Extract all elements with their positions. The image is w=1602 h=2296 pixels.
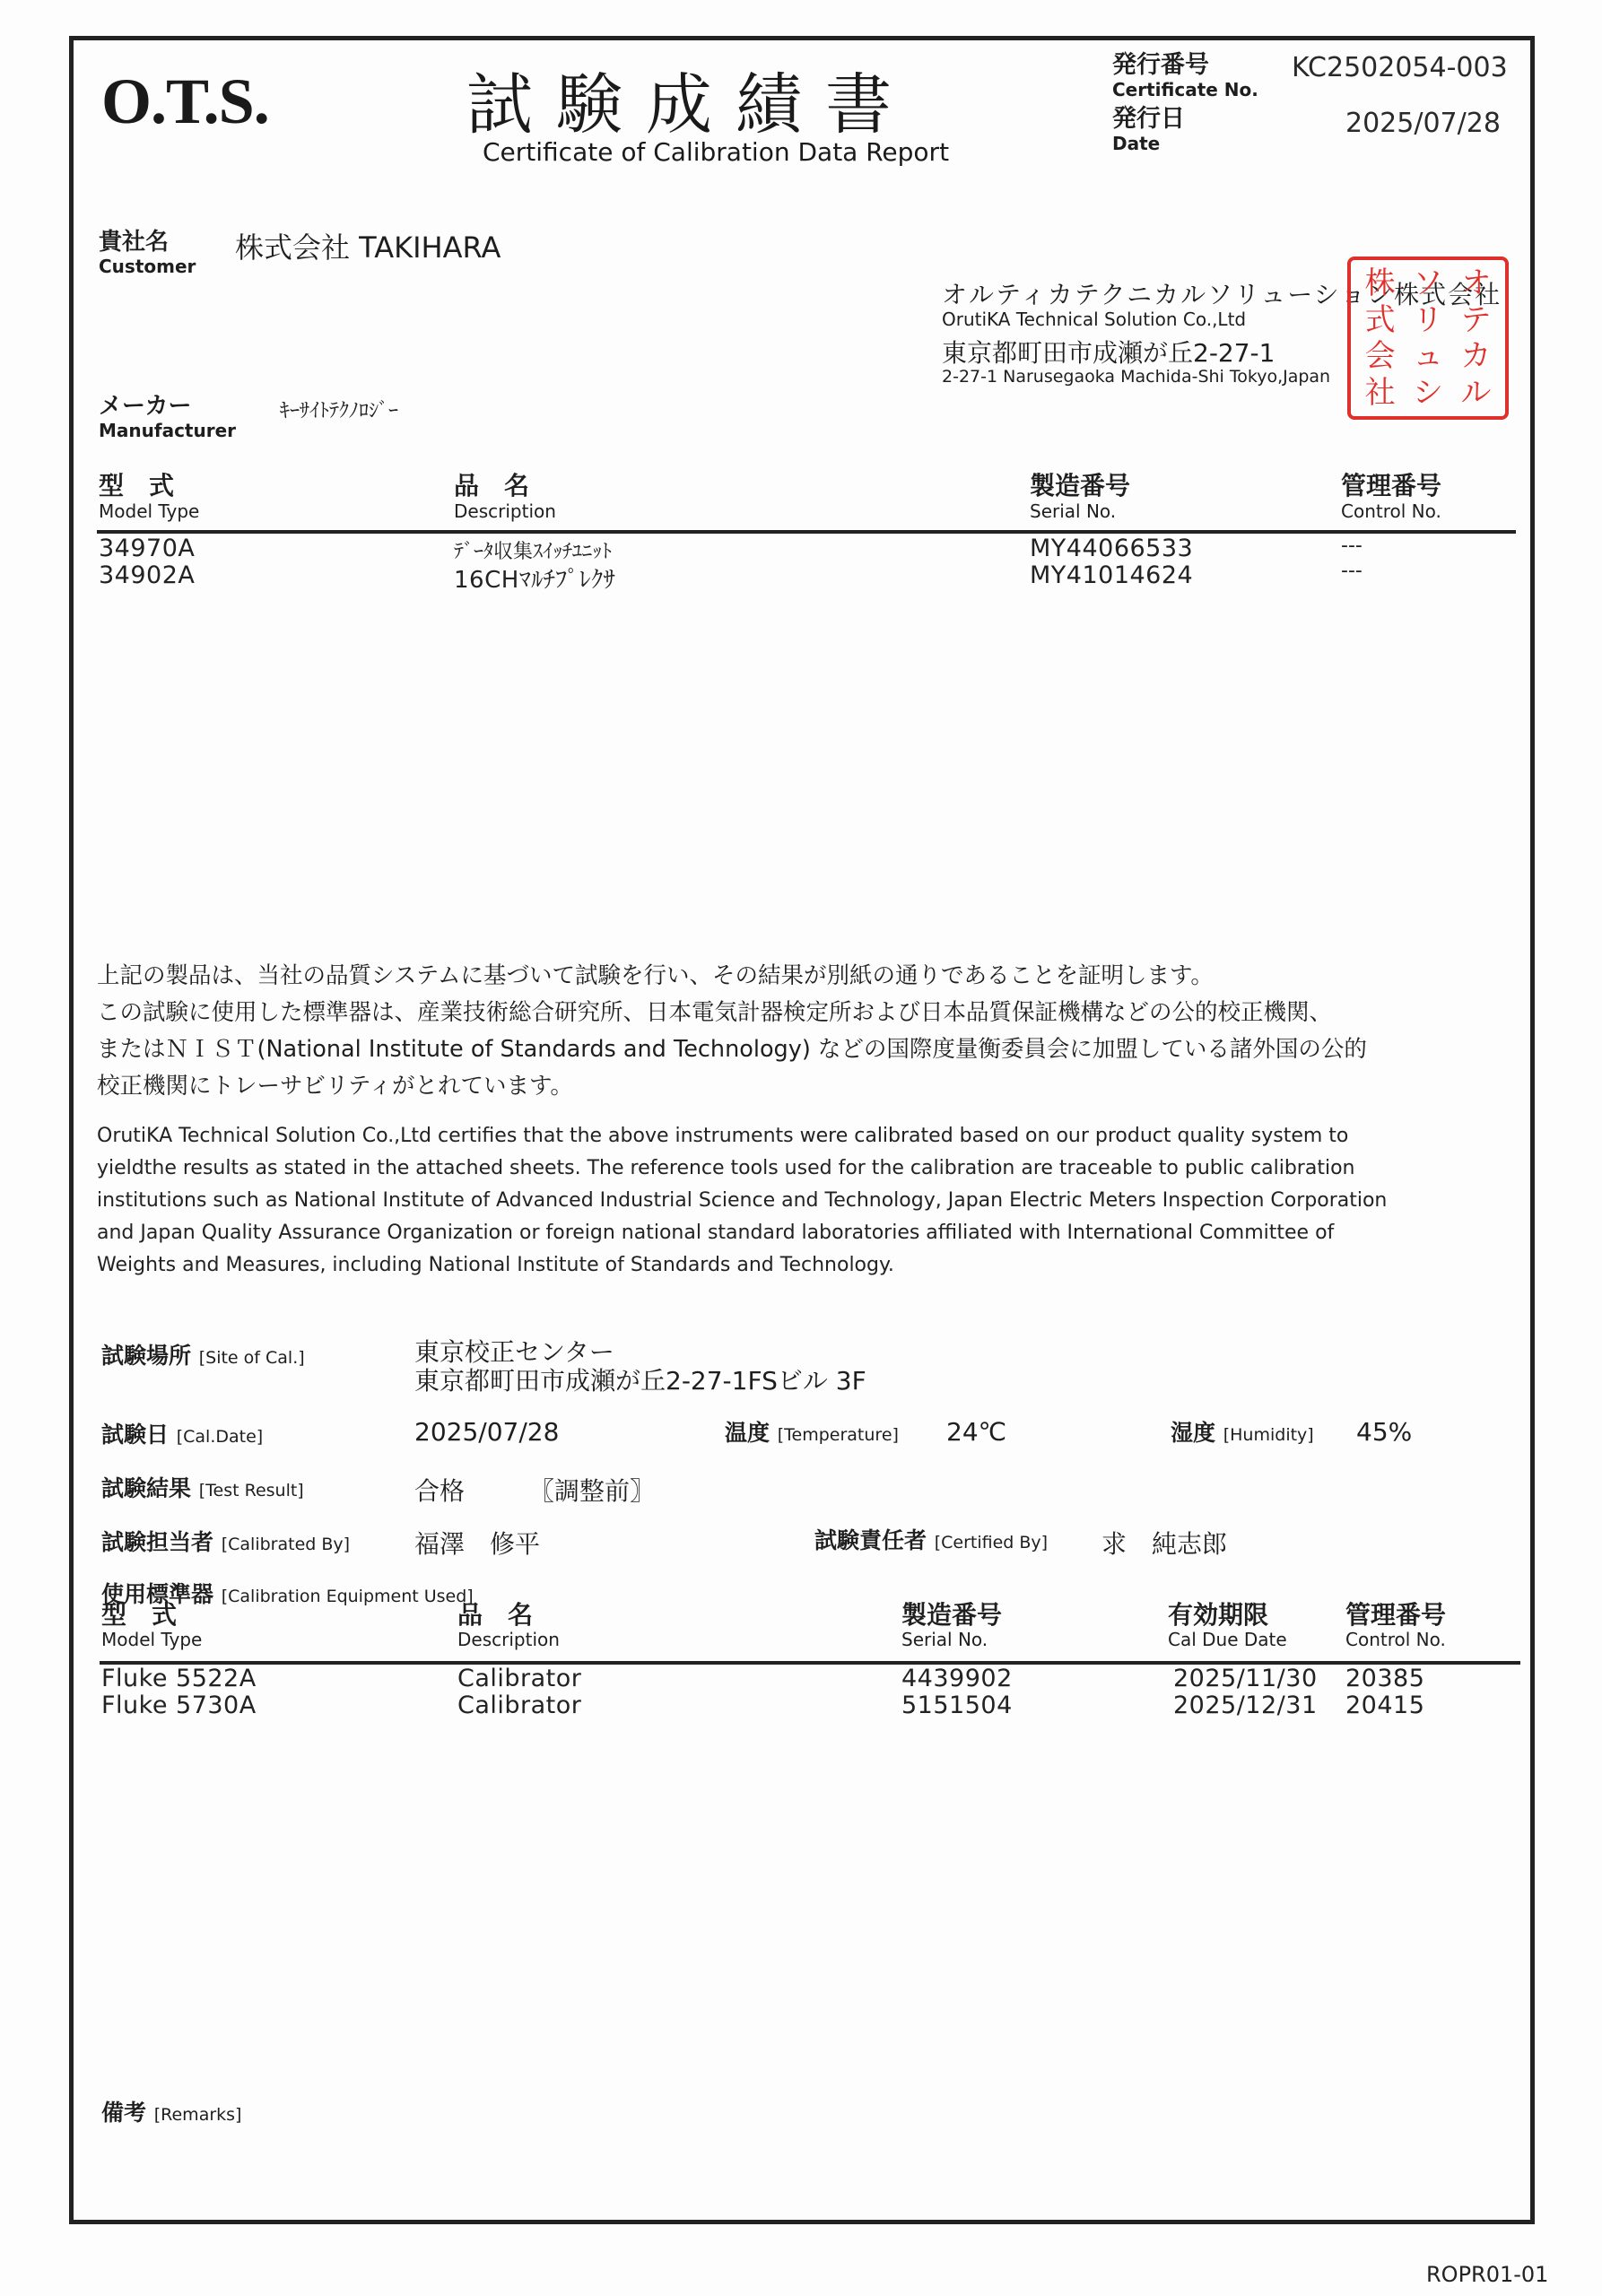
product-header-serial: 製造番号 Serial No. bbox=[1030, 472, 1130, 522]
manufacturer-name: ｷｰｻｲﾄﾃｸﾉﾛｼﾞｰ bbox=[280, 396, 398, 423]
result-value: 合格 bbox=[414, 1472, 465, 1508]
seal-column-3: 株式会社 bbox=[1356, 265, 1404, 411]
site-value: 東京校正センター 東京都町田市成瀬が丘2-27-1FSビル 3F bbox=[414, 1338, 866, 1396]
cal-date-value: 2025/07/28 bbox=[414, 1417, 559, 1447]
humidity-label: 湿度 [Humidity] bbox=[1171, 1415, 1314, 1448]
document-title-jp: 試験成績書 bbox=[466, 52, 915, 147]
company-seal-stamp: 株式会社 ソリュシ オテカル bbox=[1347, 257, 1509, 420]
statement-jp: 上記の製品は、当社の品質システムに基づいて試験を行い、その結果が別紙の通りである… bbox=[97, 958, 1367, 1105]
form-code: ROPR01-01 bbox=[1426, 2262, 1548, 2287]
humidity-value: 45% bbox=[1356, 1417, 1412, 1447]
site-label: 試験場所 [Site of Cal.] bbox=[101, 1338, 305, 1370]
certified-by-label: 試験責任者 [Certified By] bbox=[814, 1523, 1048, 1555]
customer-name: 株式会社 TAKIHARA bbox=[235, 225, 501, 266]
calibrated-by-label: 試験担当者 [Calibrated By] bbox=[101, 1525, 350, 1557]
issuer-name-en: OrutiKA Technical Solution Co.,Ltd bbox=[942, 309, 1246, 330]
remarks-label: 備考 [Remarks] bbox=[101, 2095, 241, 2127]
seal-column-1: オテカル bbox=[1452, 265, 1500, 411]
calibrated-by-value: 福澤 修平 bbox=[414, 1525, 540, 1561]
equipment-header-model: 型 式 Model Type bbox=[101, 1602, 202, 1650]
issuer-address-en: 2-27-1 Narusegaoka Machida-Shi Tokyo,Jap… bbox=[942, 367, 1330, 387]
cal-date-label: 試験日 [Cal.Date] bbox=[101, 1417, 263, 1449]
product-header-rule bbox=[97, 530, 1516, 534]
statement-en: OrutiKA Technical Solution Co.,Ltd certi… bbox=[97, 1120, 1387, 1282]
manufacturer-label: メーカー Manufacturer bbox=[99, 393, 236, 441]
document-title-en: Certificate of Calibration Data Report bbox=[483, 137, 949, 167]
product-header-description: 品 名 Description bbox=[454, 472, 556, 522]
certificate-no-label: 発行番号 Certificate No. bbox=[1112, 52, 1258, 100]
customer-label: 貴社名 Customer bbox=[99, 229, 196, 277]
temperature-value: 24℃ bbox=[946, 1417, 1006, 1447]
temperature-label: 温度 [Temperature] bbox=[725, 1415, 899, 1448]
issue-date-label: 発行日 Date bbox=[1112, 106, 1185, 154]
company-logo: O.T.S. bbox=[101, 65, 269, 139]
result-label: 試験結果 [Test Result] bbox=[101, 1471, 304, 1503]
certificate-no-value: KC2502054-003 bbox=[1292, 52, 1508, 83]
certified-by-value: 求 純志郎 bbox=[1101, 1525, 1227, 1561]
equipment-header-description: 品 名 Description bbox=[457, 1602, 560, 1650]
seal-column-2: ソリュシ bbox=[1404, 265, 1451, 411]
equipment-header-due-date: 有効期限 Cal Due Date bbox=[1168, 1602, 1287, 1650]
equipment-header-control: 管理番号 Control No. bbox=[1345, 1602, 1446, 1650]
issue-date-value: 2025/07/28 bbox=[1345, 108, 1501, 139]
seal-characters: 株式会社 ソリュシ オテカル bbox=[1356, 265, 1500, 411]
issuer-address-jp: 東京都町田市成瀬が丘2-27-1 bbox=[942, 334, 1275, 370]
product-header-model: 型 式 Model Type bbox=[99, 472, 199, 522]
result-note: 〖調整前〗 bbox=[529, 1472, 655, 1508]
equipment-header-serial: 製造番号 Serial No. bbox=[901, 1602, 1002, 1650]
product-header-control: 管理番号 Control No. bbox=[1341, 472, 1441, 522]
